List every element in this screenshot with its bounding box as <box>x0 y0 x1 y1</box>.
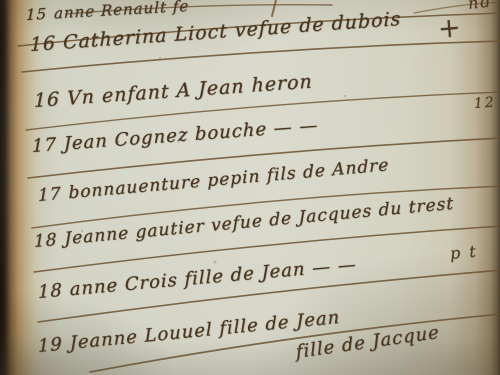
manuscript-page-photo: 15anne Renault fe 16Catherina Lioct vefu… <box>0 0 500 375</box>
entry-number: 18 <box>38 280 63 303</box>
entry-number: 17 <box>32 134 57 157</box>
entry-number: 17 <box>38 184 62 206</box>
cross-mark: + <box>437 12 464 45</box>
entry-number: 19 <box>38 334 63 357</box>
entry-number: 16 <box>30 32 56 56</box>
ink-stroke <box>272 0 276 16</box>
margin-number-fragment: 12 <box>473 94 496 111</box>
margin-mark-pt: p t <box>449 242 478 263</box>
entry-number: 15 <box>26 5 47 24</box>
entry-number: 18 <box>34 230 58 252</box>
entry-number: 16 <box>34 88 60 112</box>
